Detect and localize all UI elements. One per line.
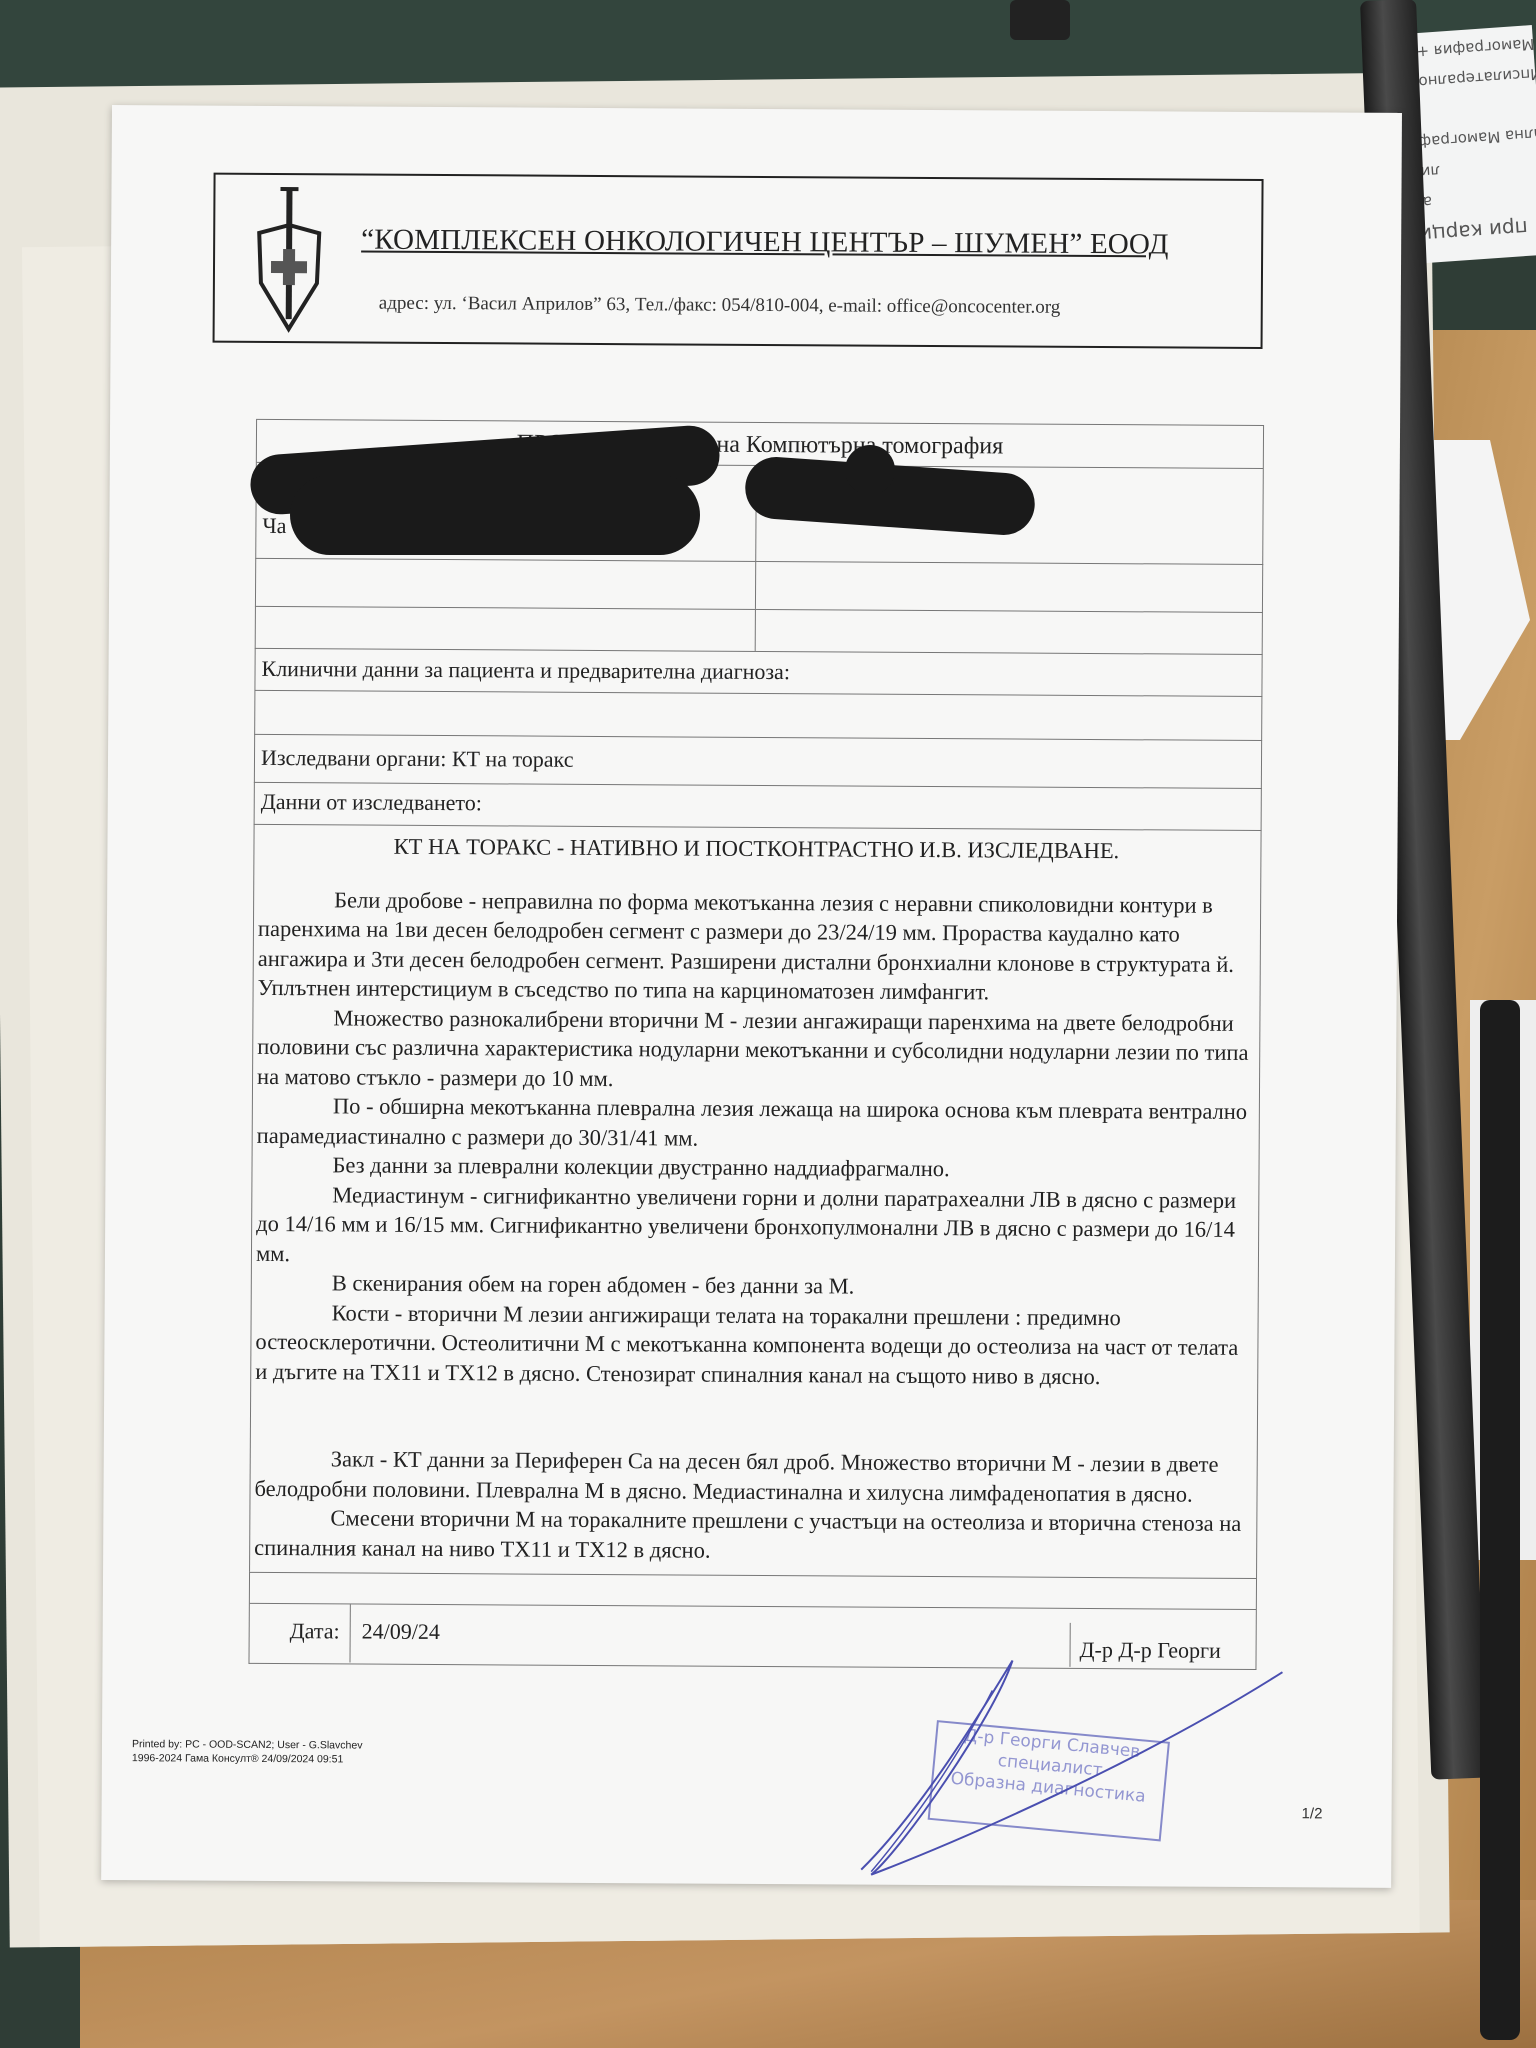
organization-name: “КОМПЛЕКСЕН ОНКОЛОГИЧЕН ЦЕНТЪР – ШУМЕН” … (361, 224, 1169, 262)
binder-rail-lower (1480, 1000, 1520, 2040)
clinical-data-value (254, 691, 1262, 741)
finding-paragraph: Медиастинум - сигнификантно увеличени го… (256, 1179, 1253, 1274)
print-info: Printed by: PC - OOD-SCAN2; User - G.Sla… (132, 1737, 363, 1766)
conclusion-paragraph: Закл - КТ данни за Периферен Са на десен… (254, 1444, 1250, 1509)
findings-label-row: Данни от изследването: (254, 783, 1262, 831)
redaction-mark (845, 445, 895, 495)
software-timestamp: 1996-2024 Гама Консулт® 24/09/2024 09:51 (132, 1751, 363, 1766)
document-page: “КОМПЛЕКСЕН ОНКОЛОГИЧЕН ЦЕНТЪР – ШУМЕН” … (101, 105, 1402, 1888)
binder-clip (1010, 0, 1070, 40)
clinical-data-row: Клинични данни за пациента и предварител… (254, 649, 1262, 697)
examined-organs-row: Изследвани органи: КТ на торакс (254, 735, 1262, 789)
finding-paragraph: Бели дробове - неправилна по форма мекот… (258, 884, 1255, 1008)
blank-row (255, 607, 1263, 655)
finding-paragraph: Множество разнокалибрени вторични М - ле… (257, 1002, 1254, 1097)
doctor-stamp: Д-р Георги Славчев специалист Образна ди… (928, 1720, 1170, 1841)
examined-organs-label: Изследвани органи: КТ на торакс (261, 745, 574, 773)
findings-body: КТ НА ТОРАКС - НАТИВНО И ПОСТКОНТРАСТНО … (249, 825, 1262, 1578)
finding-paragraph: По - обширна мекотъканна плеврална лезия… (257, 1091, 1253, 1156)
findings-label: Данни от изследването: (261, 789, 482, 816)
ct-protocol-form: ПРОТОКОЛ ... ищена Компютърна томография… (248, 419, 1264, 1670)
blank-row (255, 559, 1263, 613)
redaction-mark (290, 475, 700, 555)
shield-sword-cross-icon (253, 183, 326, 333)
date-value: 24/09/24 (362, 1619, 440, 1645)
letterhead: “КОМПЛЕКСЕН ОНКОЛОГИЧЕН ЦЕНТЪР – ШУМЕН” … (213, 173, 1264, 349)
date-signature-row: Дата: 24/09/24 Д-р Д-р Георги (248, 1604, 1256, 1670)
clinical-data-label: Клинични данни за пациента и предварител… (261, 656, 790, 685)
finding-paragraph: Кости - вторични М лезии ангижиращи тела… (255, 1297, 1252, 1392)
findings-heading: КТ НА ТОРАКС - НАТИВНО И ПОСТКОНТРАСТНО … (258, 831, 1254, 867)
date-label: Дата: (290, 1618, 340, 1644)
patient-field-label: Ча (262, 513, 286, 539)
doctor-name: Д-р Д-р Георги (1080, 1637, 1221, 1664)
conclusion-paragraph: Смесени вторични М на торакалните прешле… (254, 1503, 1250, 1568)
printed-by: Printed by: PC - OOD-SCAN2; User - G.Sla… (132, 1737, 363, 1752)
page-number: 1/2 (1302, 1805, 1323, 1822)
organization-address: адрес: ул. ‘Васил Априлов” 63, Тел./факс… (379, 293, 1061, 319)
